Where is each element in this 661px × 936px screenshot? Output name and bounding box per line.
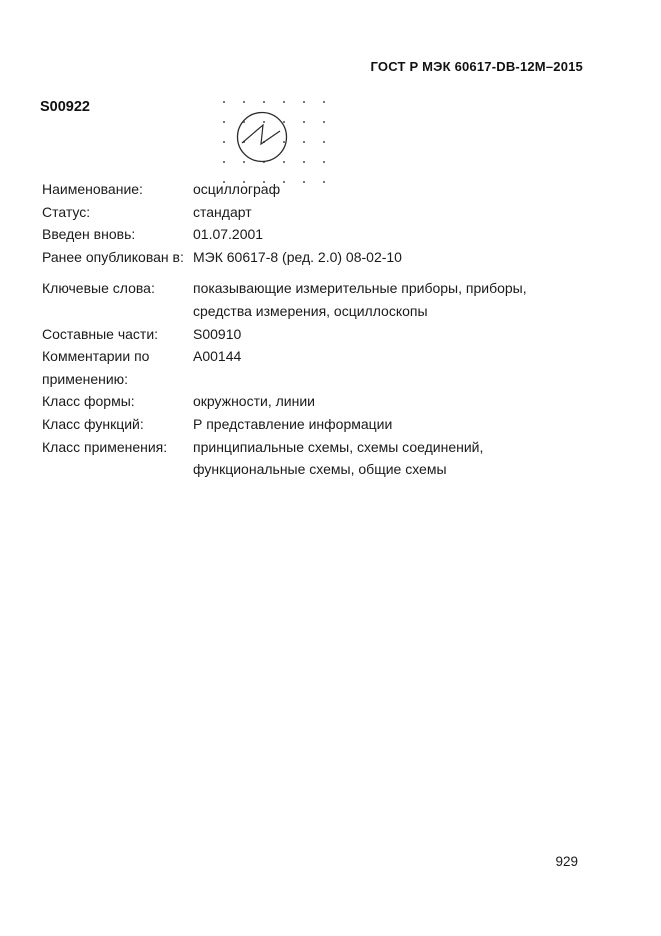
- field-label: Наименование:: [42, 178, 193, 201]
- field-value: A00144: [193, 345, 582, 368]
- field-label: Ключевые слова:: [42, 277, 193, 300]
- document-page: ГОСТ Р МЭК 60617-DB-12M–2015 S00922 Наим…: [0, 0, 661, 936]
- field-label: Класс формы:: [42, 390, 193, 413]
- field-label: Класс применения:: [42, 436, 193, 459]
- field-value: осциллограф: [193, 178, 582, 201]
- field-label: Ранее опубликован в:: [42, 246, 193, 269]
- field-row: Ранее опубликован в:МЭК 60617-8 (ред. 2.…: [42, 246, 582, 269]
- standard-designation-header: ГОСТ Р МЭК 60617-DB-12M–2015: [0, 59, 583, 74]
- field-value: МЭК 60617-8 (ред. 2.0) 08-02-10: [193, 246, 582, 269]
- field-value: Р представление информации: [193, 413, 582, 436]
- field-row: Статус:стандарт: [42, 201, 582, 224]
- page-number: 929: [0, 854, 578, 869]
- field-row: Класс применения:принципиальные схемы, с…: [42, 436, 582, 481]
- field-row: Комментарии по применению:A00144: [42, 345, 582, 390]
- field-row: Ключевые слова:показывающие измерительны…: [42, 277, 582, 322]
- field-label: Класс функций:: [42, 413, 193, 436]
- attributes-table: Наименование:осциллографСтатус:стандартВ…: [42, 178, 582, 481]
- field-value: окружности, линии: [193, 390, 582, 413]
- field-value: принципиальные схемы, схемы соединений, …: [193, 436, 582, 481]
- field-row: Введен вновь:01.07.2001: [42, 223, 582, 246]
- field-value: S00910: [193, 323, 582, 346]
- symbol-id: S00922: [40, 99, 90, 115]
- field-label: Введен вновь:: [42, 223, 193, 246]
- field-row: Класс функций:Р представление информации: [42, 413, 582, 436]
- field-row: Составные части:S00910: [42, 323, 582, 346]
- field-label: Статус:: [42, 201, 193, 224]
- field-row: Наименование:осциллограф: [42, 178, 582, 201]
- oscilloscope-symbol-icon: [218, 95, 330, 183]
- field-row: Класс формы:окружности, линии: [42, 390, 582, 413]
- field-value: 01.07.2001: [193, 223, 582, 246]
- field-value: стандарт: [193, 201, 582, 224]
- field-value: показывающие измерительные приборы, приб…: [193, 277, 582, 322]
- oscilloscope-symbol: [218, 95, 330, 183]
- field-label: Составные части:: [42, 323, 193, 346]
- field-label: Комментарии по применению:: [42, 345, 193, 390]
